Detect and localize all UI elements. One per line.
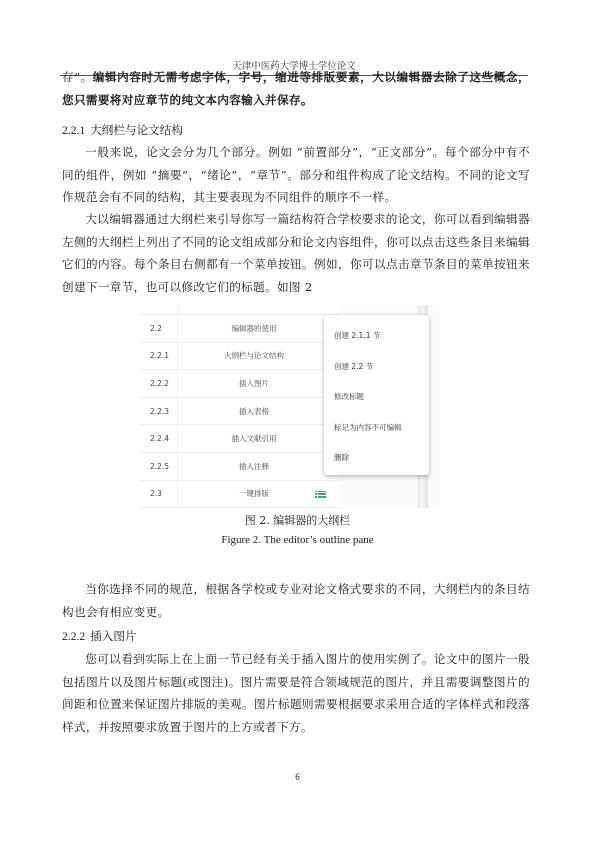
outline-row-title: 插入注释 bbox=[178, 461, 340, 472]
paragraph-continued: 存”。编辑内容时无需考虑字体，字号，缩进等排版要素，大以编辑器去除了这些概念，您… bbox=[62, 66, 530, 111]
outline-row[interactable]: 2.2.3 插入表格 bbox=[140, 398, 340, 426]
outline-row-number: 2.2.5 bbox=[140, 453, 178, 480]
outline-row-number: 2.3 bbox=[140, 481, 178, 508]
paragraph-bold-text: 编辑内容时无需考虑字体，字号，缩进等排版要素，大以编辑器去除了这些概念，您只需要… bbox=[62, 70, 530, 107]
outline-row[interactable]: 2.2.4 插入文献引用 bbox=[140, 425, 340, 453]
context-menu: 创建 2.1.1 节 创建 2.2 节 修改标题 标记为内容不可编辑 删除 bbox=[324, 315, 429, 475]
outline-top-strip bbox=[140, 305, 340, 315]
outline-row[interactable]: 2.3 一键排版 bbox=[140, 481, 340, 508]
heading-number: 2.2.1 bbox=[62, 124, 85, 137]
paragraph-insert-image: 您可以看到实际上在上面一节已经有关于插入图片的使用实例了。论文中的图片一般包括图… bbox=[62, 648, 530, 738]
paragraph-text: 存”。 bbox=[62, 70, 93, 84]
section-heading-2-2-2: 2.2.2插入图片 bbox=[62, 626, 137, 647]
figure-outline-pane: 2.2 编辑器的使用 2.2.1 大纲栏与论文结构 2.2.2 插入图片 2.2… bbox=[140, 305, 440, 508]
paragraph-spec-change: 当你选择不同的规范，根据各学校或专业对论文格式要求的不同，大纲栏内的条目结构也会… bbox=[62, 578, 530, 623]
menu-item-delete[interactable]: 删除 bbox=[324, 443, 429, 474]
page-number: 6 bbox=[0, 772, 595, 782]
outline-row-number: 2.2.2 bbox=[140, 370, 178, 397]
outline-row-title: 插入图片 bbox=[178, 378, 340, 389]
menu-item-create-section[interactable]: 创建 2.2 节 bbox=[324, 352, 429, 383]
heading-number: 2.2.2 bbox=[62, 630, 85, 643]
outline-row-title: 编辑器的使用 bbox=[178, 323, 340, 334]
paragraph-outline: 大以编辑器通过大纲栏来引导你写一篇结构符合学校要求的论文，你可以看到编辑器左侧的… bbox=[62, 208, 530, 298]
figure-caption-en: Figure 2. The editor’s outline pane bbox=[0, 534, 595, 546]
heading-title: 插入图片 bbox=[90, 629, 136, 643]
outline-row[interactable]: 2.2.1 大纲栏与论文结构 bbox=[140, 343, 340, 371]
paragraph-structure: 一般来说，论文会分为几个部分。例如 “前置部分”，“正文部分”。每个部分中有不同… bbox=[62, 141, 530, 209]
section-heading-2-2-1: 2.2.1大纲栏与论文结构 bbox=[62, 120, 183, 141]
figure-caption-cn: 图 2. 编辑器的大纲栏 bbox=[0, 512, 595, 528]
outline-row-title: 插入文献引用 bbox=[178, 433, 340, 444]
menu-item-rename[interactable]: 修改标题 bbox=[324, 382, 429, 413]
outline-row-title: 大纲栏与论文结构 bbox=[178, 350, 340, 361]
outline-row-title: 插入表格 bbox=[178, 406, 340, 417]
list-icon[interactable] bbox=[315, 491, 326, 499]
outline-row-number: 2.2 bbox=[140, 315, 178, 342]
menu-item-lock[interactable]: 标记为内容不可编辑 bbox=[324, 413, 429, 444]
menu-item-create-subsection[interactable]: 创建 2.1.1 节 bbox=[324, 321, 429, 352]
outline-row[interactable]: 2.2.5 插入注释 bbox=[140, 453, 340, 481]
outline-pane: 2.2 编辑器的使用 2.2.1 大纲栏与论文结构 2.2.2 插入图片 2.2… bbox=[140, 305, 340, 508]
outline-row[interactable]: 2.2 编辑器的使用 bbox=[140, 315, 340, 343]
outline-row-number: 2.2.1 bbox=[140, 343, 178, 370]
outline-row-number: 2.2.3 bbox=[140, 398, 178, 425]
outline-row[interactable]: 2.2.2 插入图片 bbox=[140, 370, 340, 398]
outline-row-number: 2.2.4 bbox=[140, 425, 178, 452]
heading-title: 大纲栏与论文结构 bbox=[90, 123, 183, 137]
